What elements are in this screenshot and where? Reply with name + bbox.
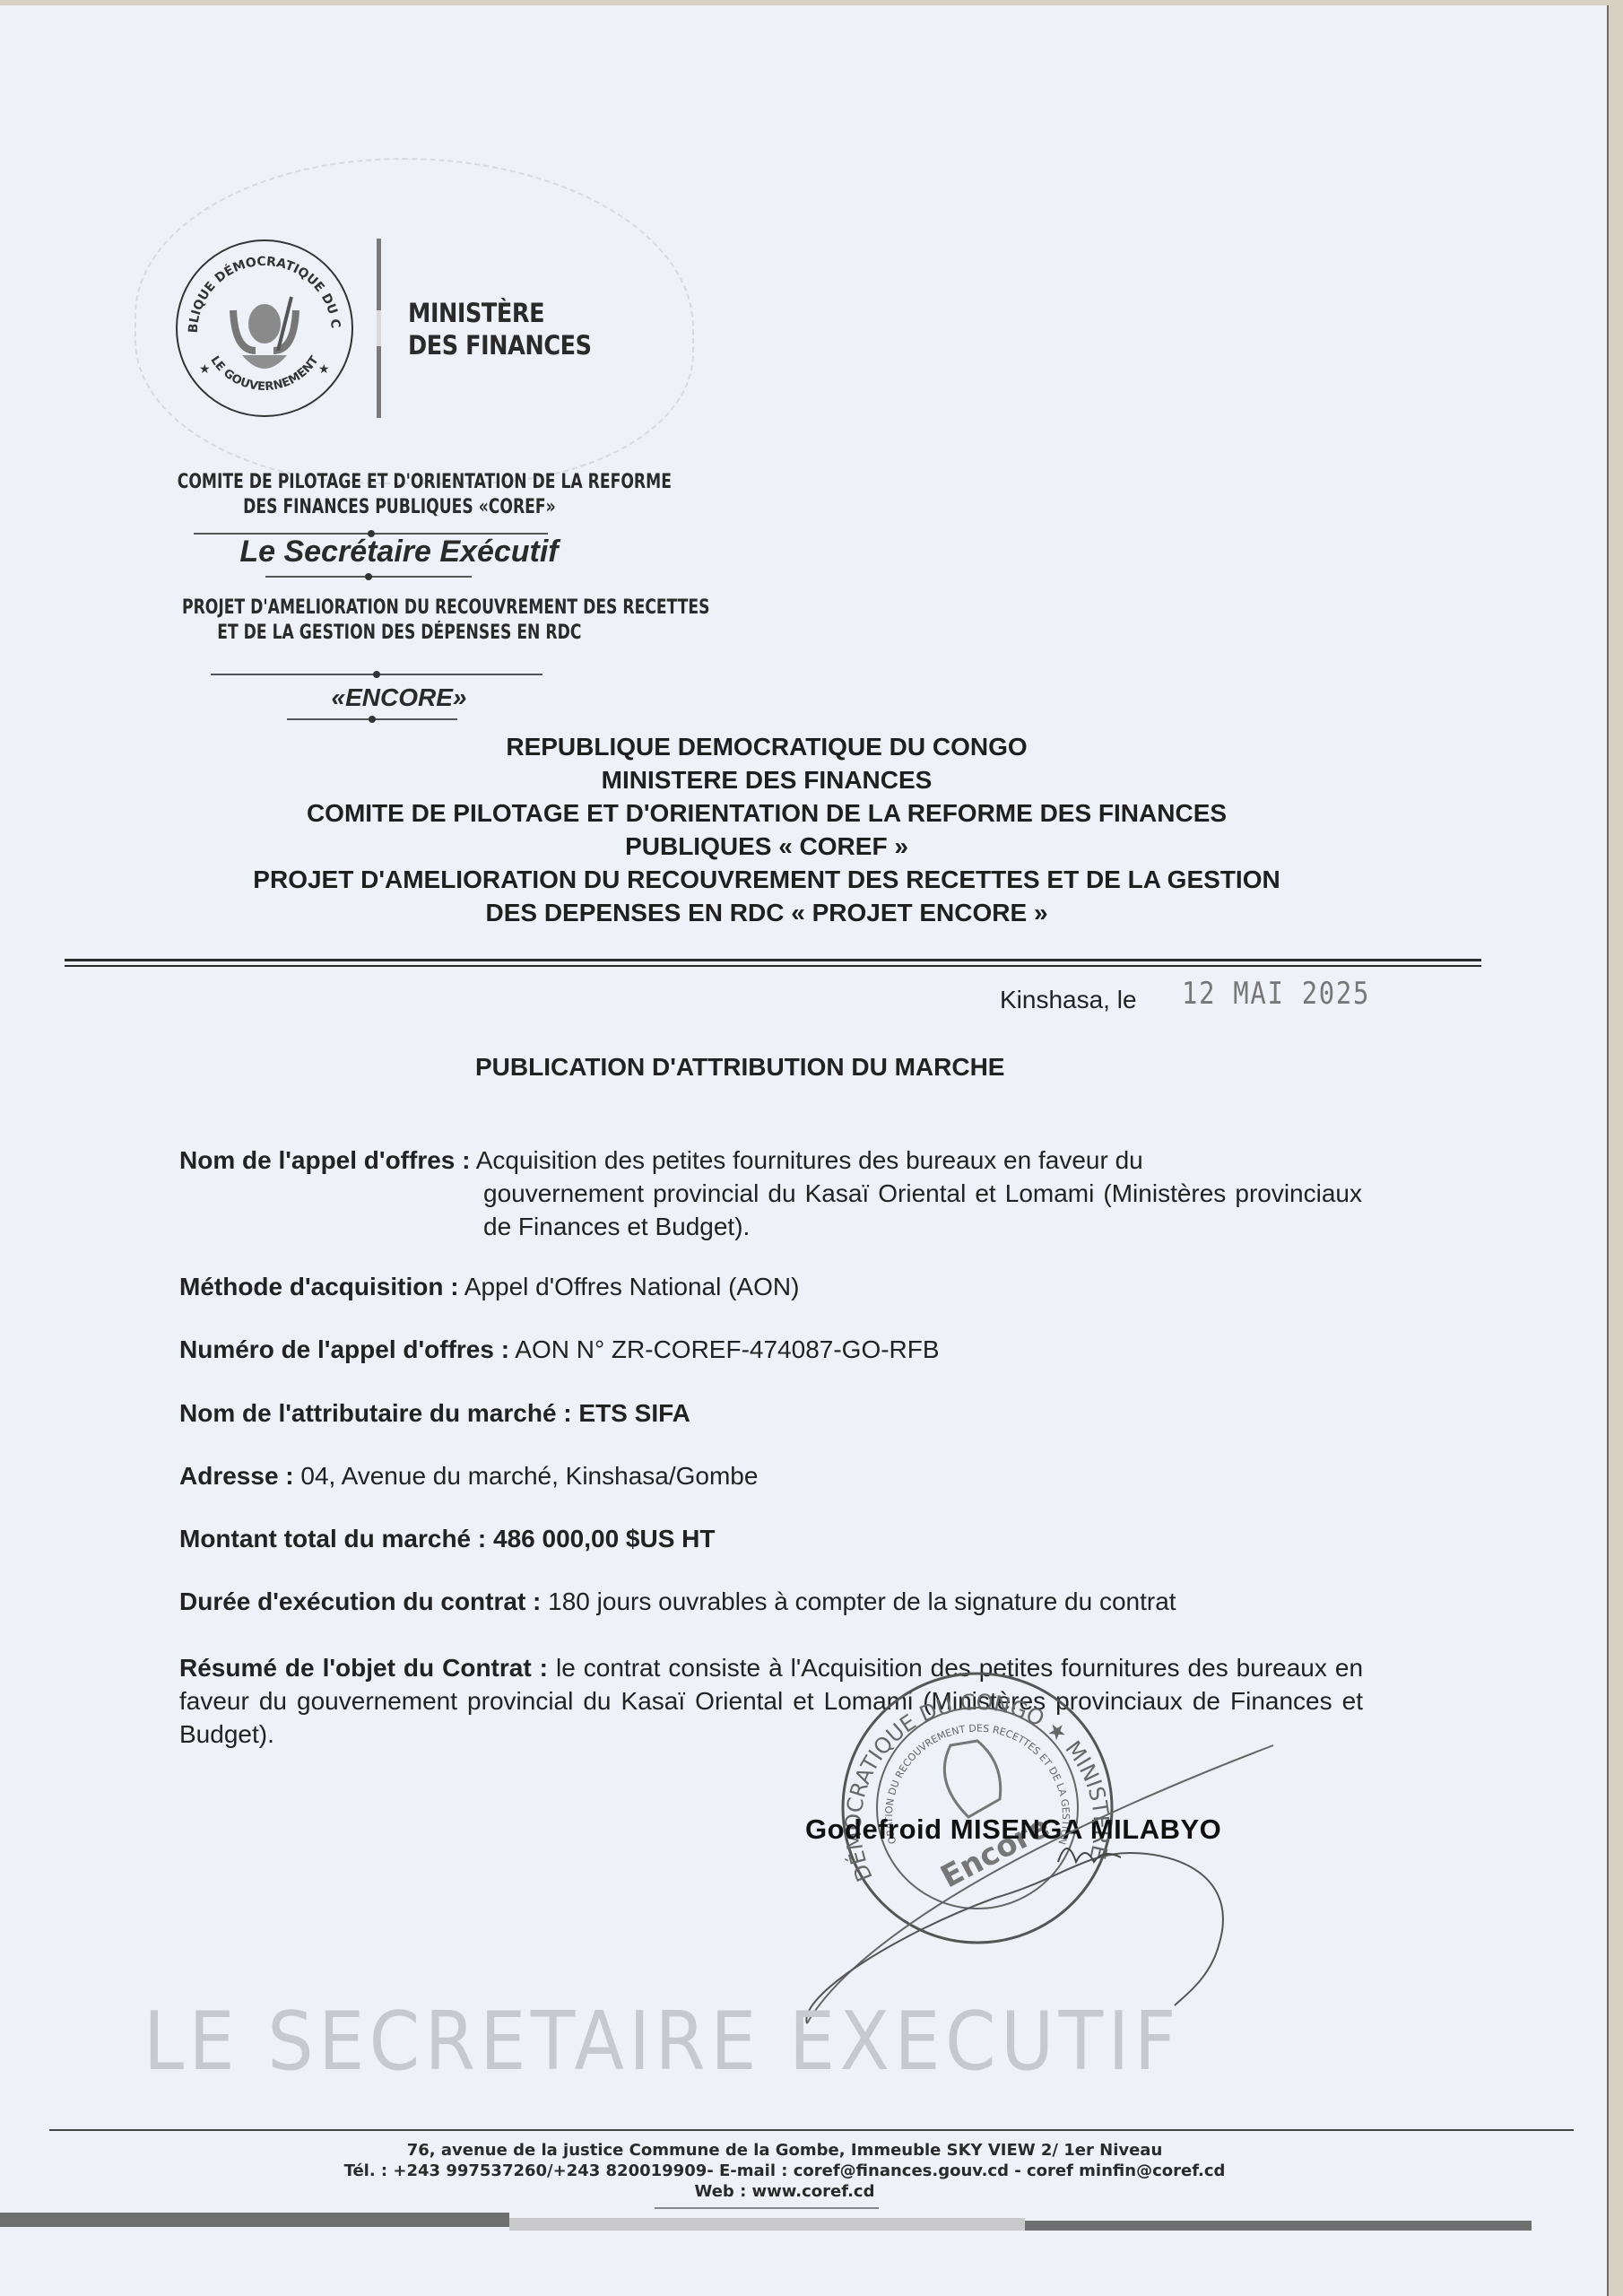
field-value: 180 jours ouvrables à compter de la sign…: [548, 1587, 1176, 1615]
footer-address: 76, avenue de la justice Commune de la G…: [269, 2140, 1300, 2161]
handwritten-signature-icon: [789, 1727, 1291, 2032]
date-place: Kinshasa, le: [1000, 986, 1137, 1014]
field-method: Méthode d'acquisition : Appel d'Offres N…: [179, 1270, 1363, 1303]
project-name: PROJET D'AMELIORATION DU RECOUVREMENT DE…: [108, 596, 690, 646]
field-amount: Montant total du marché : 486 000,00 $US…: [179, 1522, 1363, 1555]
executive-secretary-label: Le Secrétaire Exécutif: [239, 535, 558, 569]
date-stamp: 12 MAI 2025: [1182, 976, 1370, 1012]
role-title: Le Secrétaire Exécutif: [108, 535, 690, 570]
footer-band-dark-left: [0, 2213, 509, 2227]
footer-band-dark-right: [1025, 2221, 1532, 2231]
ornament-divider: [211, 674, 542, 675]
field-address: Adresse : 04, Avenue du marché, Kinshasa…: [179, 1459, 1363, 1492]
heading-line: PROJET D'AMELIORATION DU RECOUVREMENT DE…: [135, 863, 1399, 896]
heading-line: REPUBLIQUE DEMOCRATIQUE DU CONGO: [135, 730, 1399, 763]
ministry-name: MINISTÈRE DES FINANCES: [408, 297, 592, 361]
svg-text:★: ★: [318, 361, 330, 376]
letterhead-divider: [377, 239, 381, 418]
field-value: 486 000,00 $US HT: [493, 1525, 716, 1552]
footer-rule: [49, 2129, 1574, 2131]
document-heading: REPUBLIQUE DEMOCRATIQUE DU CONGO MINISTE…: [135, 730, 1399, 929]
footer-contact: 76, avenue de la justice Commune de la G…: [269, 2140, 1300, 2202]
field-label: Adresse :: [179, 1462, 294, 1490]
project-acronym: «ENCORE»: [332, 683, 467, 711]
field-label: Montant total du marché :: [179, 1525, 486, 1552]
field-label: Nom de l'appel d'offres :: [179, 1146, 470, 1174]
field-value: 04, Avenue du marché, Kinshasa/Gombe: [300, 1462, 758, 1490]
field-label: Nom de l'attributaire du marché :: [179, 1399, 572, 1427]
project-line-2: ET DE LA GESTION DES DÉPENSES EN RDC: [217, 621, 581, 646]
heading-line: DES DEPENSES EN RDC « PROJET ENCORE »: [135, 896, 1399, 929]
heading-line: PUBLIQUES « COREF »: [135, 830, 1399, 863]
committee-line-2: DES FINANCES PUBLIQUES «COREF»: [243, 495, 556, 520]
field-value: ETS SIFA: [578, 1399, 690, 1427]
drc-coat-of-arms-seal-icon: RÉPUBLIQUE DÉMOCRATIQUE DU CONGO LE GOUV…: [170, 234, 359, 422]
field-label: Numéro de l'appel d'offres :: [179, 1335, 509, 1363]
heading-line: COMITE DE PILOTAGE ET D'ORIENTATION DE L…: [135, 796, 1399, 830]
field-tender-name-continued: gouvernement provincial du Kasaï Orienta…: [483, 1177, 1362, 1243]
field-tender-name: Nom de l'appel d'offres : Acquisition de…: [179, 1144, 1363, 1177]
committee-line-1: COMITE DE PILOTAGE ET D'ORIENTATION DE L…: [178, 470, 672, 495]
project-line-1: PROJET D'AMELIORATION DU RECOUVREMENT DE…: [182, 596, 710, 621]
field-label: Méthode d'acquisition :: [179, 1273, 459, 1300]
field-label: Durée d'exécution du contrat :: [179, 1587, 541, 1615]
footer-website: Web : www.coref.cd: [269, 2181, 1300, 2202]
publication-title: PUBLICATION D'ATTRIBUTION DU MARCHE: [475, 1053, 1004, 1082]
svg-text:★: ★: [199, 361, 211, 376]
field-duration: Durée d'exécution du contrat : 180 jours…: [179, 1585, 1363, 1618]
footer-ornament: [655, 2207, 879, 2209]
ornament-divider: [287, 718, 457, 720]
field-value: AON N° ZR-COREF-474087-GO-RFB: [515, 1335, 939, 1363]
field-label: Résumé de l'objet du Contrat :: [179, 1654, 548, 1682]
document-page: RÉPUBLIQUE DÉMOCRATIQUE DU CONGO LE GOUV…: [0, 5, 1609, 2296]
field-value: Appel d'Offres National (AON): [464, 1273, 800, 1300]
field-tender-number: Numéro de l'appel d'offres : AON N° ZR-C…: [179, 1333, 1363, 1366]
committee-name: COMITE DE PILOTAGE ET D'ORIENTATION DE L…: [108, 470, 690, 520]
ministry-line-2: DES FINANCES: [408, 329, 592, 361]
project-acronym-block: «ENCORE»: [108, 683, 690, 712]
heading-double-rule-top: [65, 959, 1481, 961]
footer-band-light: [509, 2218, 1025, 2231]
field-awardee: Nom de l'attributaire du marché : ETS SI…: [179, 1396, 1363, 1430]
heading-line: MINISTERE DES FINANCES: [135, 763, 1399, 796]
ornament-divider: [265, 576, 472, 578]
ministry-line-1: MINISTÈRE: [408, 297, 592, 329]
heading-double-rule-bottom: [65, 965, 1481, 967]
title-watermark: LE SECRETAIRE EXECUTIF: [143, 1995, 1181, 2089]
footer-contact-line: Tél. : +243 997537260/+243 820019909- E-…: [269, 2161, 1300, 2181]
field-value: Acquisition des petites fournitures des …: [476, 1146, 1143, 1174]
